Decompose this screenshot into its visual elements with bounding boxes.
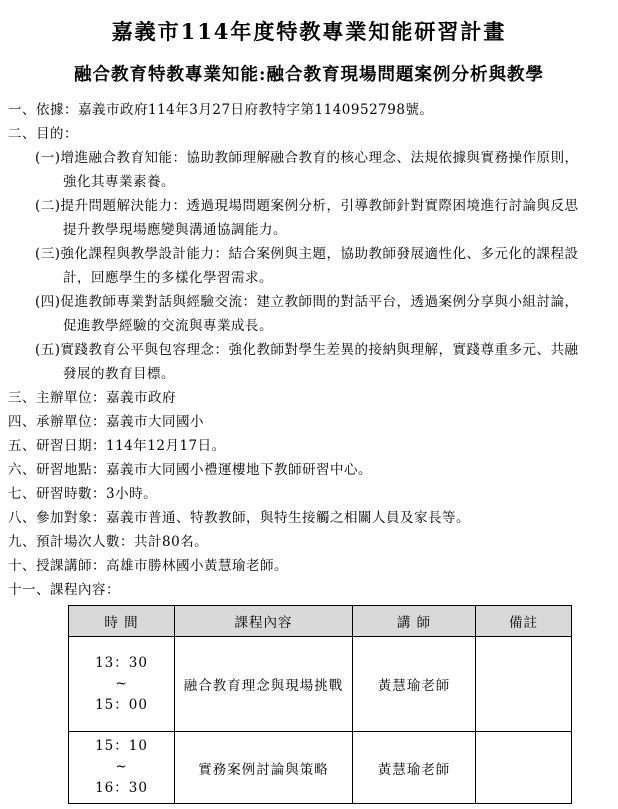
time-start: 15：10 [69,736,174,757]
line-location: 六、研習地點：嘉義市大同國小禮運樓地下教師研習中心。 [8,458,610,482]
time-separator: ~ [69,674,174,695]
line-purpose-3a: (三)強化課程與教學設計能力：結合案例與主題，協助教師發展適性化、多元化的課程設 [8,242,610,266]
line-purpose-3b: 計，回應學生的多樣化學習需求。 [8,266,610,290]
line-headcount: 九、預計場次人數：共計80名。 [8,530,610,554]
line-purpose-2b: 提升教學現場應變與溝通協調能力。 [8,218,610,242]
line-organizer: 三、主辦單位：嘉義市政府 [8,386,610,410]
line-course-heading: 十一、課程內容： [8,578,610,602]
table-header-note: 備註 [476,606,572,637]
time-start: 13：30 [69,653,174,674]
line-basis: 一、依據：嘉義市政府114年3月27日府教特字第1140952798號。 [8,98,610,122]
document-subtitle: 融合教育特教專業知能:融合教育現場問題案例分析與教學 [8,61,610,86]
table-row: 15：10 ~ 16：30 實務案例討論與策略 黃慧瑜老師 [69,732,572,804]
cell-lecturer: 黃慧瑜老師 [353,732,476,804]
line-lecturer: 十、授課講師：高雄市勝林國小黃慧瑜老師。 [8,554,610,578]
time-separator: ~ [69,757,174,778]
cell-time: 15：10 ~ 16：30 [69,732,175,804]
document-body: 一、依據：嘉義市政府114年3月27日府教特字第1140952798號。 二、目… [8,98,610,602]
line-purpose-2a: (二)提升問題解決能力：透過現場問題案例分析，引導教師針對實際困境進行討論與反思 [8,194,610,218]
time-end: 15：00 [69,695,174,716]
line-purpose-heading: 二、目的： [8,122,610,146]
line-hours: 七、研習時數：3小時。 [8,482,610,506]
line-purpose-5a: (五)實踐教育公平與包容理念：強化教師對學生差異的接納與理解，實踐尊重多元、共融 [8,338,610,362]
cell-lecturer: 黃慧瑜老師 [353,637,476,732]
line-purpose-4b: 促進教學經驗的交流與專業成長。 [8,314,610,338]
cell-course-content: 融合教育理念與現場挑戰 [175,637,353,732]
table-header-time: 時 間 [69,606,175,637]
cell-note [476,732,572,804]
cell-course-content: 實務案例討論與策略 [175,732,353,804]
document-page: 嘉義市114年度特教專業知能研習計畫 融合教育特教專業知能:融合教育現場問題案例… [0,0,618,809]
table-header-row: 時 間 課程內容 講 師 備註 [69,606,572,637]
line-purpose-1a: (一)增進融合教育知能：協助教師理解融合教育的核心理念、法規依據與實務操作原則， [8,146,610,170]
cell-time: 13：30 ~ 15：00 [69,637,175,732]
document-title: 嘉義市114年度特教專業知能研習計畫 [8,16,610,46]
table-header-content: 課程內容 [175,606,353,637]
course-table: 時 間 課程內容 講 師 備註 13：30 ~ 15：00 融合教育理念與現場挑… [68,605,572,804]
table-row: 13：30 ~ 15：00 融合教育理念與現場挑戰 黃慧瑜老師 [69,637,572,732]
time-end: 16：30 [69,778,174,799]
line-undertaker: 四、承辦單位：嘉義市大同國小 [8,410,610,434]
line-purpose-1b: 強化其專業素養。 [8,170,610,194]
line-purpose-4a: (四)促進教師專業對話與經驗交流：建立教師間的對話平台，透過案例分享與小組討論， [8,290,610,314]
line-participants: 八、參加對象：嘉義市普通、特教教師，與特生接觸之相關人員及家長等。 [8,506,610,530]
line-purpose-5b: 發展的教育目標。 [8,362,610,386]
line-date: 五、研習日期：114年12月17日。 [8,434,610,458]
cell-note [476,637,572,732]
table-header-lecturer: 講 師 [353,606,476,637]
